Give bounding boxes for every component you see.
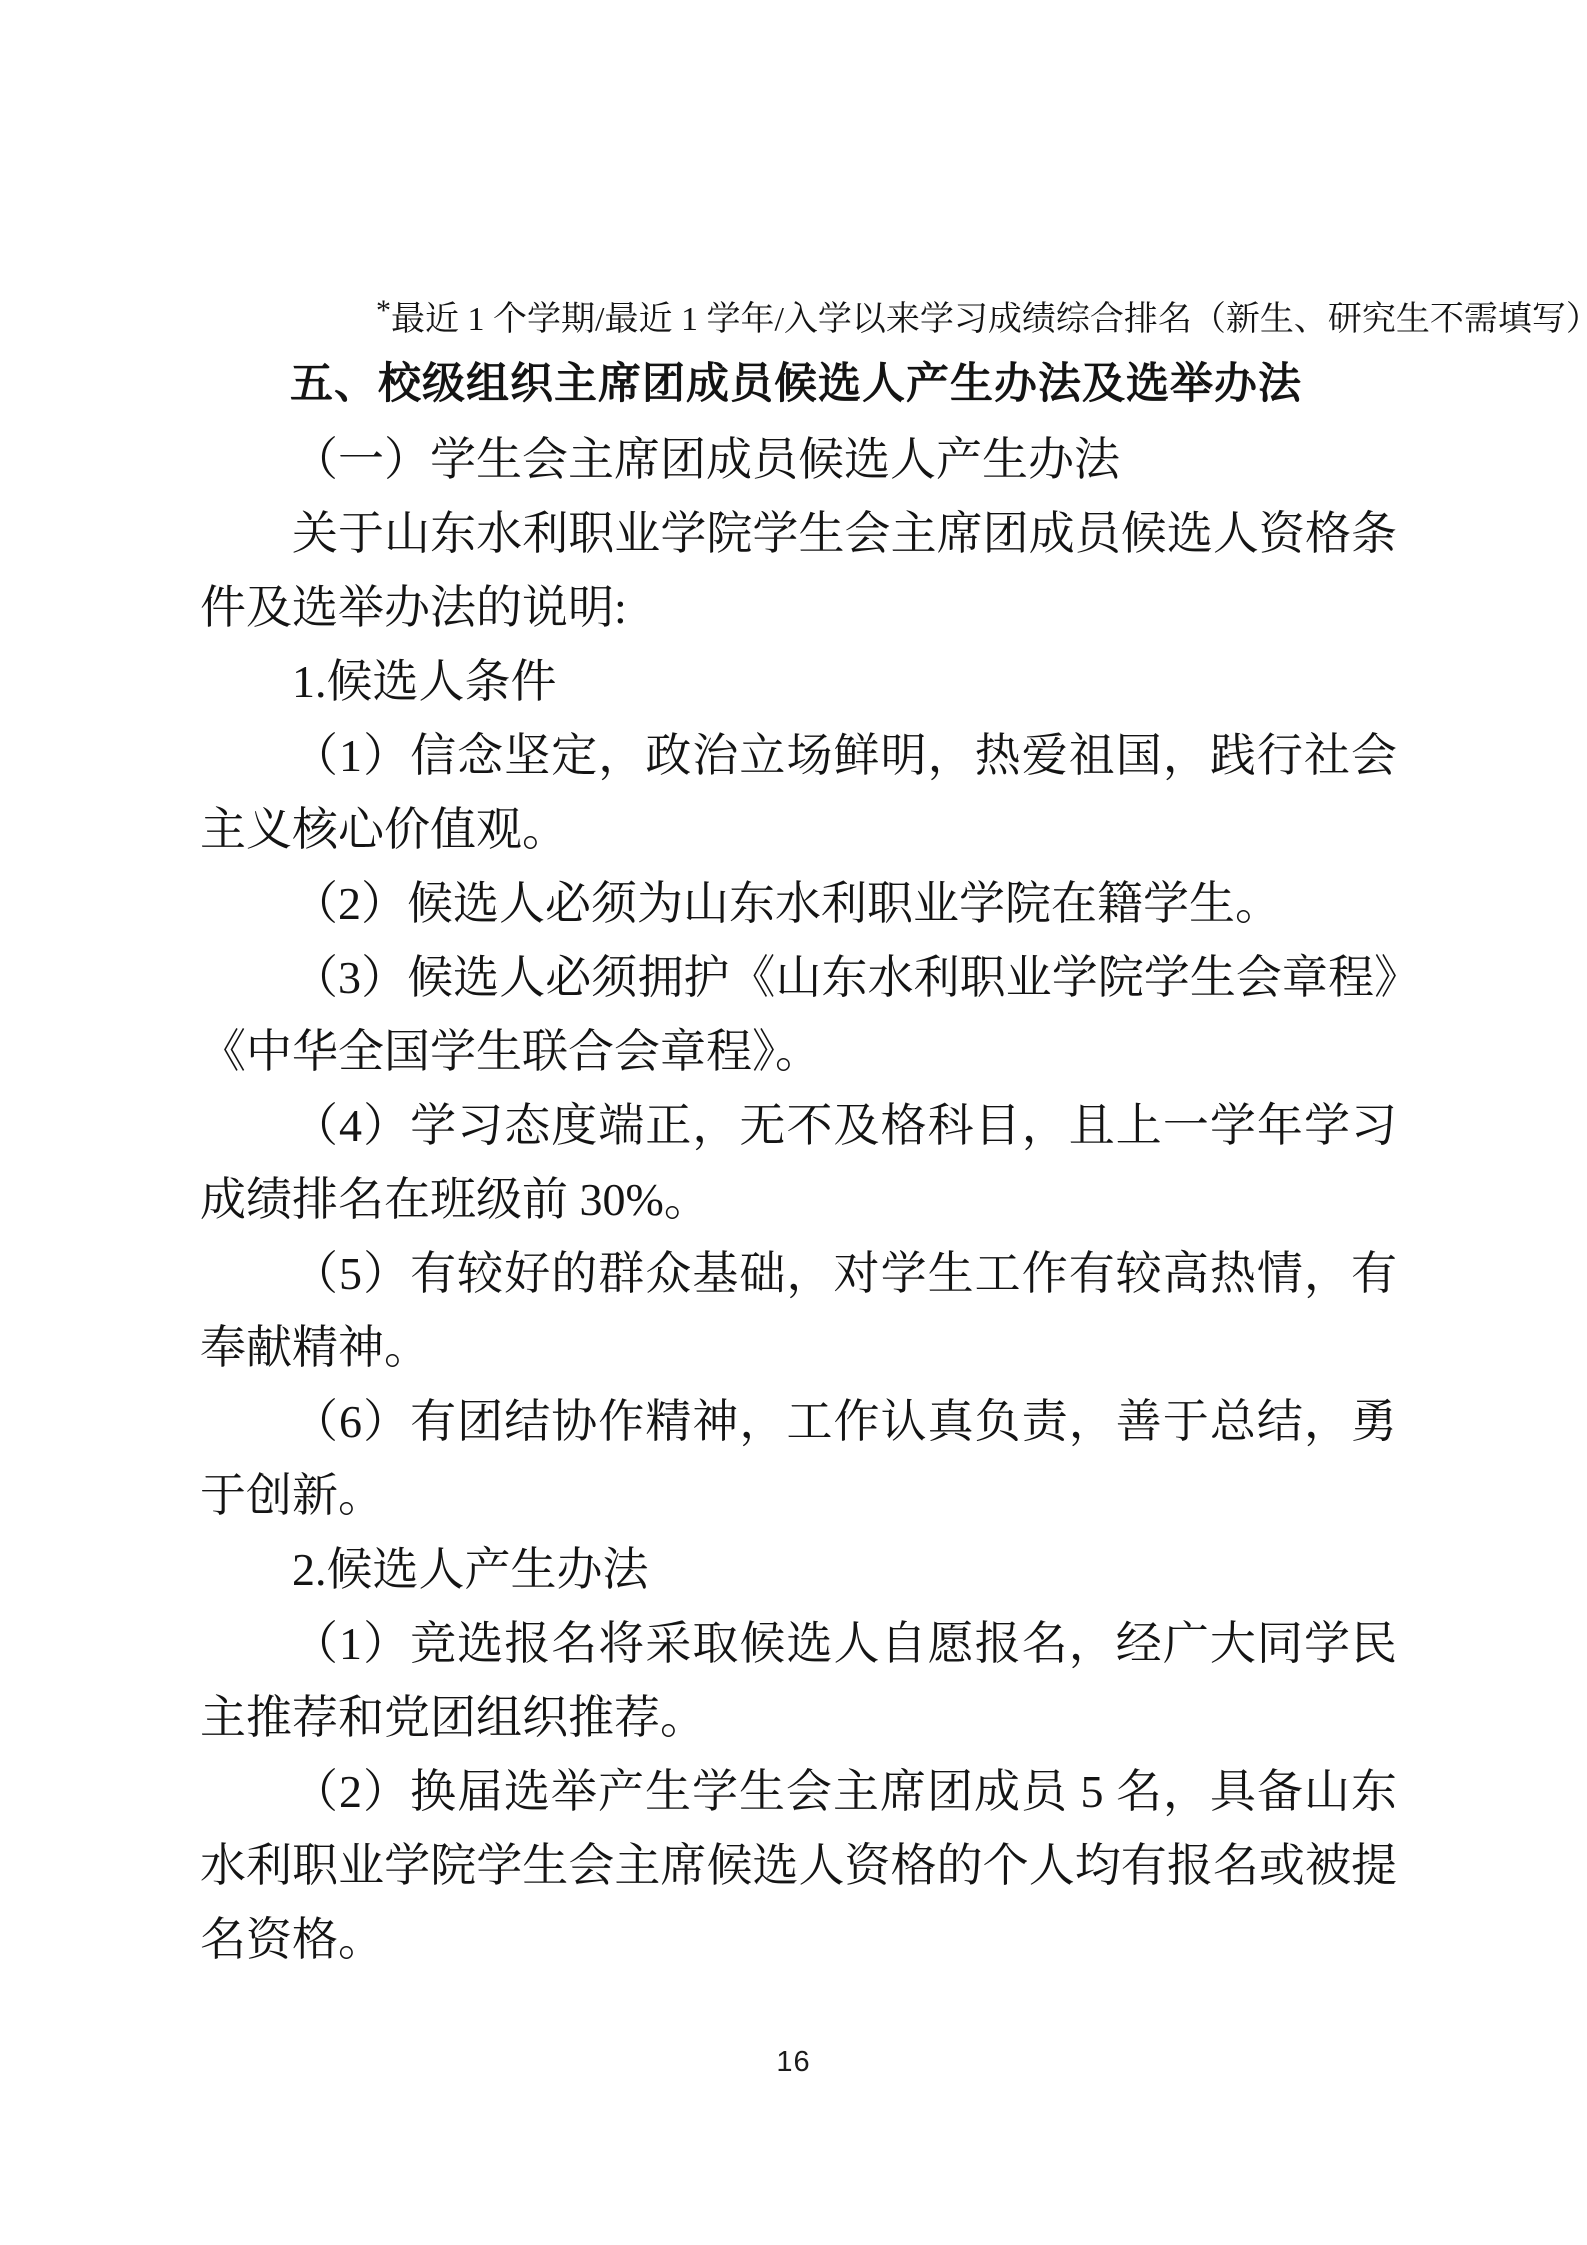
- condition-item-2: （2）候选人必须为山东水利职业学院在籍学生。: [200, 867, 1397, 941]
- condition-item-5: （5）有较好的群众基础，对学生工作有较高热情，有奉献精神。: [200, 1237, 1397, 1385]
- footnote-asterisk-marker: *: [288, 289, 391, 333]
- document-body: （一）学生会主席团成员候选人产生办法 关于山东水利职业学院学生会主席团成员候选人…: [200, 423, 1397, 1977]
- list-heading-methods: 2.候选人产生办法: [200, 1533, 1397, 1607]
- condition-item-6: （6）有团结协作精神，工作认真负责，善于总结，勇于创新。: [200, 1385, 1397, 1533]
- method-item-1: （1）竞选报名将采取候选人自愿报名，经广大同学民主推荐和党团组织推荐。: [200, 1607, 1397, 1755]
- footnote-line: *最近 1 个学期/最近 1 学年/入学以来学习成绩综合排名（新生、研究生不需填…: [200, 298, 1397, 343]
- section-heading: 五、校级组织主席团成员候选人产生办法及选举办法: [200, 353, 1397, 415]
- list-heading-conditions: 1.候选人条件: [200, 645, 1397, 719]
- document-page: *最近 1 个学期/最近 1 学年/入学以来学习成绩综合排名（新生、研究生不需填…: [0, 0, 1587, 2245]
- page-number: 16: [0, 2046, 1587, 2079]
- condition-item-3: （3）候选人必须拥护《山东水利职业学院学生会章程》《中华全国学生联合会章程》。: [200, 941, 1397, 1089]
- condition-item-1: （1）信念坚定，政治立场鲜明，热爱祖国，践行社会主义核心价值观。: [200, 719, 1397, 867]
- method-item-2: （2）换届选举产生学生会主席团成员 5 名，具备山东水利职业学院学生会主席候选人…: [200, 1755, 1397, 1977]
- subsection-heading-1: （一）学生会主席团成员候选人产生办法: [200, 423, 1397, 497]
- intro-paragraph: 关于山东水利职业学院学生会主席团成员候选人资格条件及选举办法的说明:: [200, 497, 1397, 645]
- condition-item-4: （4）学习态度端正，无不及格科目，且上一学年学习成绩排名在班级前 30%。: [200, 1089, 1397, 1237]
- footnote-text: 最近 1 个学期/最近 1 学年/入学以来学习成绩综合排名（新生、研究生不需填写…: [391, 301, 1587, 338]
